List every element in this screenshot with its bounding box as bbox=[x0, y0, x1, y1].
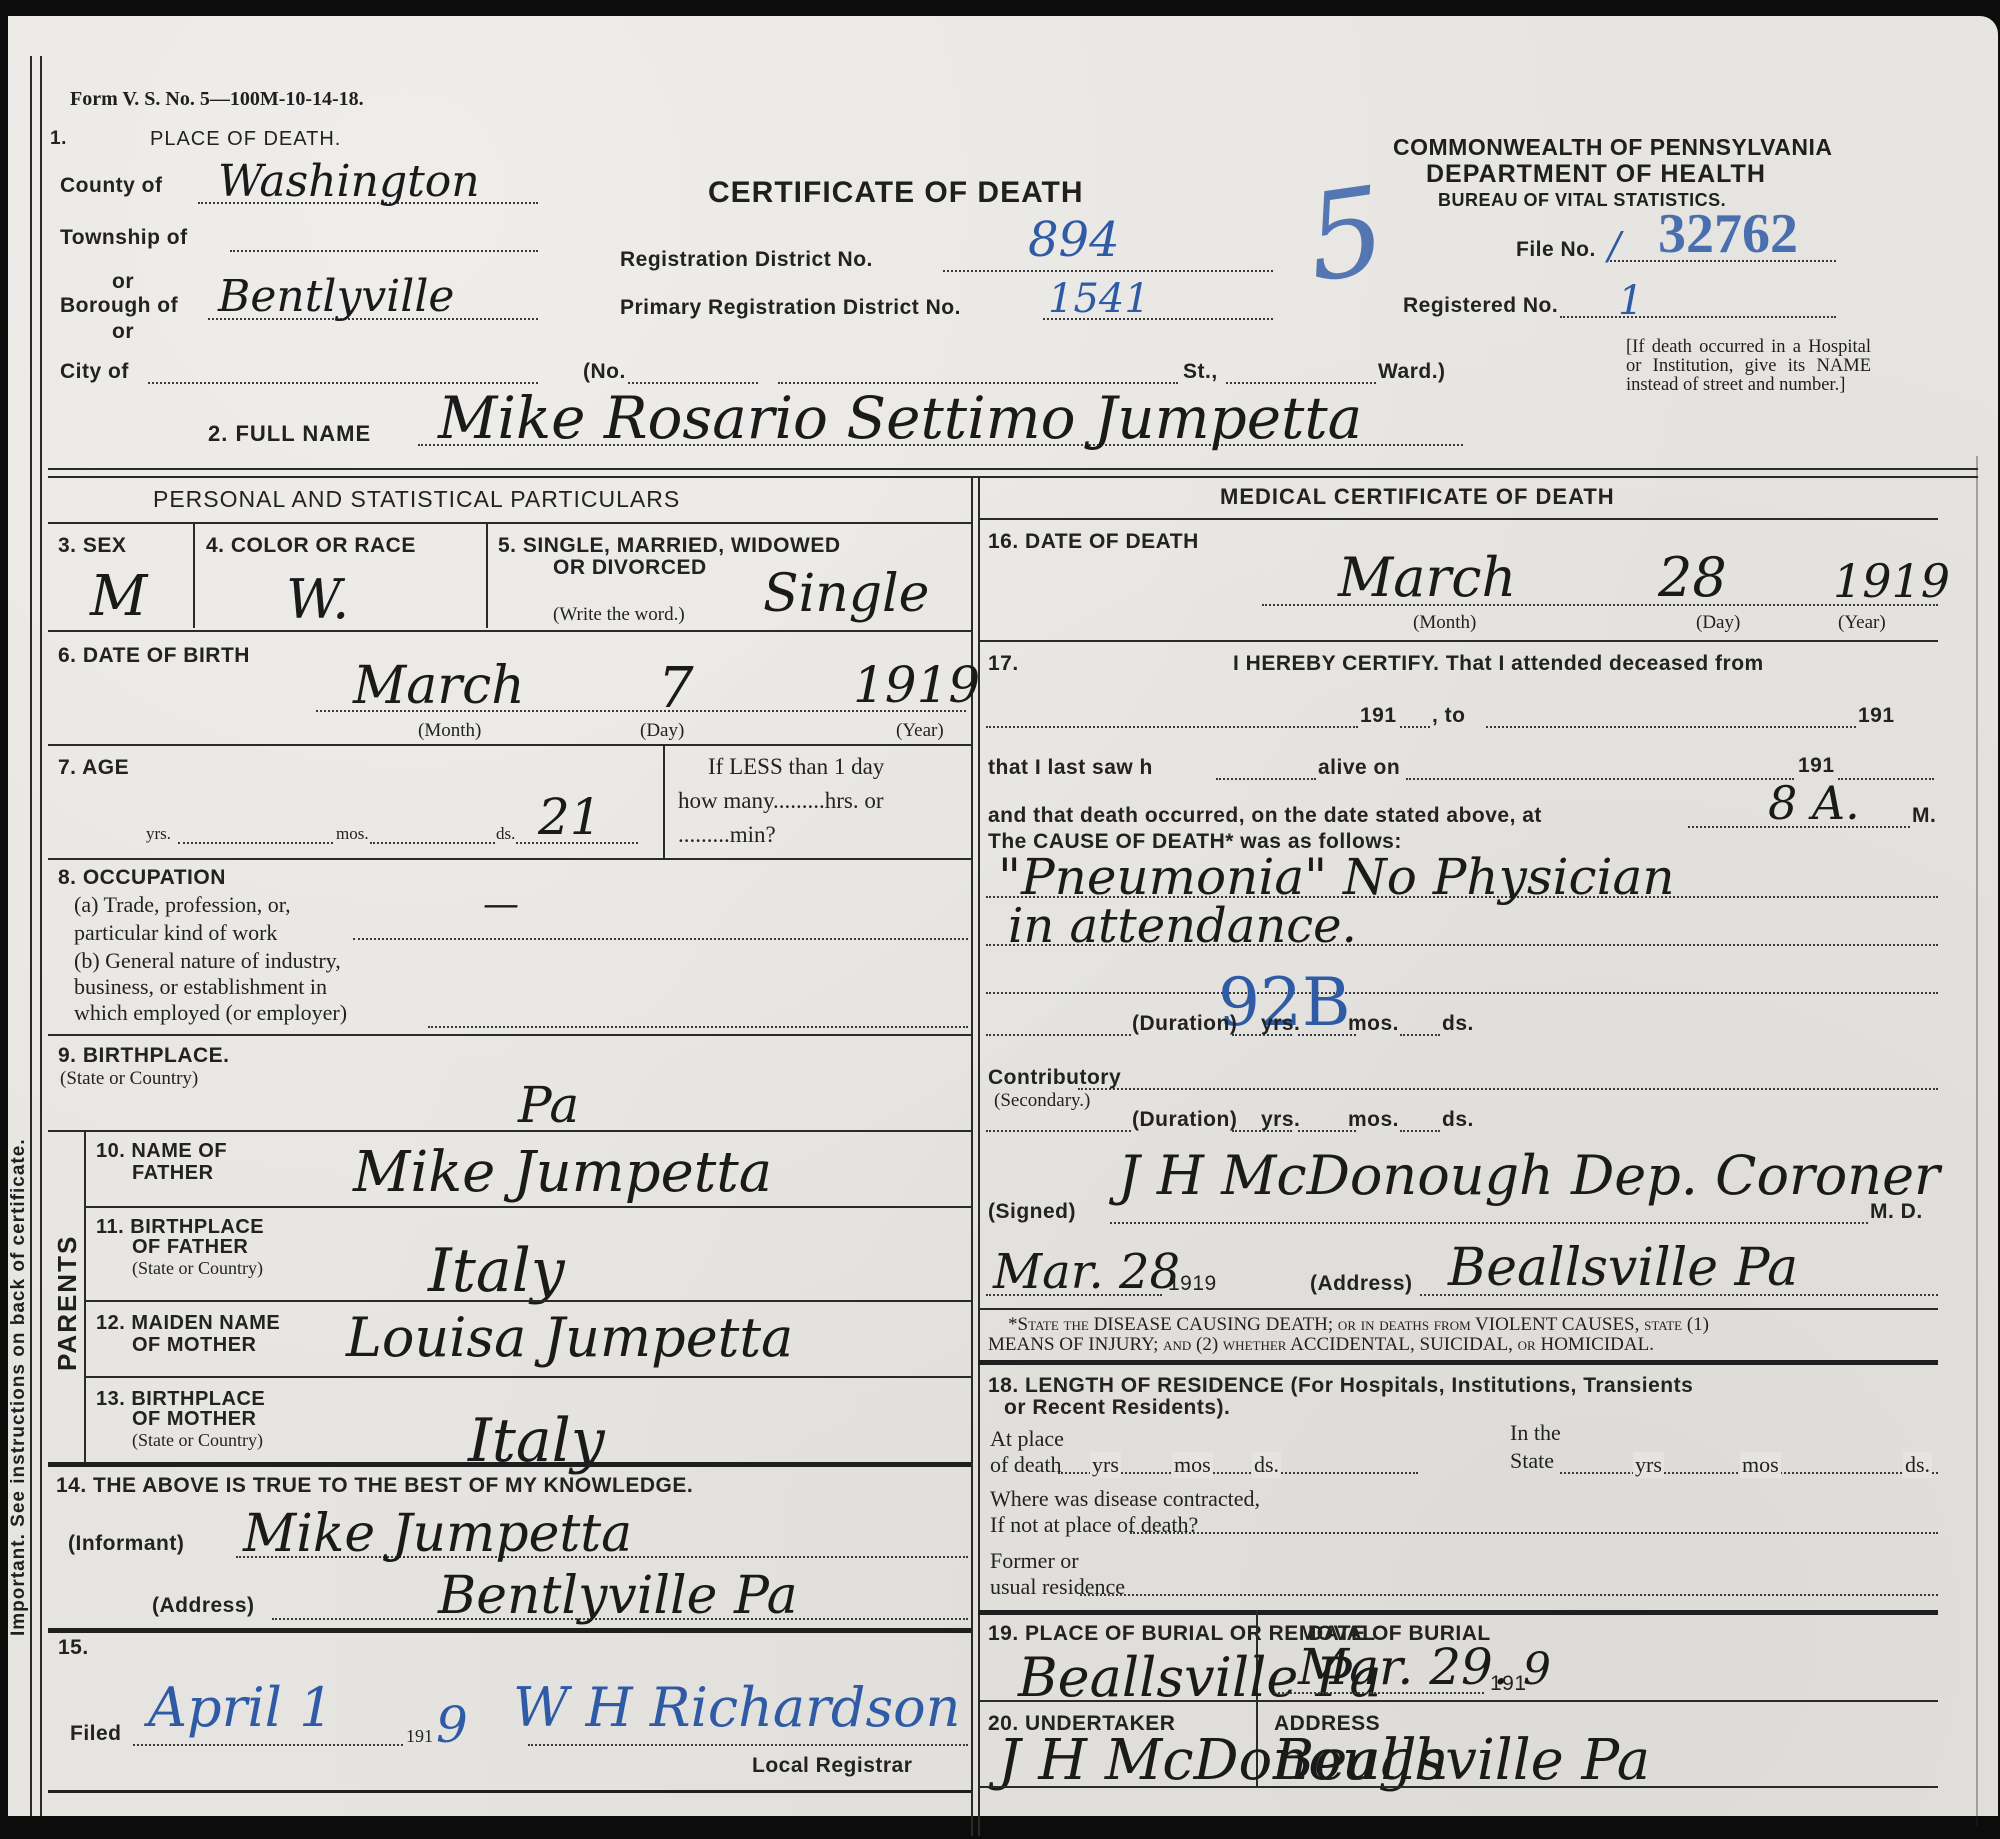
signed-address-label: (Address) bbox=[1310, 1272, 1413, 1296]
left-border-line bbox=[40, 56, 42, 1816]
attended-to-label: , to bbox=[1432, 704, 1466, 728]
dob-day: 7 bbox=[658, 656, 694, 721]
county-label: County of bbox=[60, 174, 162, 198]
file-no-slash: / bbox=[1608, 224, 1621, 268]
duration-ds-label: ds. bbox=[1442, 1012, 1474, 1036]
father-name-label-2: FATHER bbox=[132, 1162, 214, 1185]
occupation-a-line-1: (a) Trade, profession, or, bbox=[74, 892, 291, 918]
duration-yrs-label: yrs. bbox=[1261, 1012, 1300, 1036]
father-birthplace-value: Italy bbox=[428, 1236, 565, 1306]
ward-label: Ward.) bbox=[1378, 360, 1446, 384]
burial-year-prefix: 191 bbox=[1490, 1672, 1527, 1696]
parents-label: PARENTS bbox=[52, 1235, 83, 1371]
dod-year: 1919 bbox=[1833, 554, 1950, 608]
father-name-label: 10. NAME OF bbox=[96, 1140, 227, 1163]
registered-no-value: 1 bbox=[1618, 278, 1643, 324]
residence-label-2: or Recent Residents). bbox=[1004, 1396, 1230, 1420]
dob-year: 1919 bbox=[853, 656, 980, 714]
undertaker-address-value: Beallsville Pa bbox=[1273, 1728, 1650, 1793]
item-15-label: 15. bbox=[58, 1636, 89, 1660]
mother-name-value: Louisa Jumpetta bbox=[346, 1306, 793, 1369]
marital-label-2: OR DIVORCED bbox=[553, 556, 707, 580]
dob-label: 6. DATE OF BIRTH bbox=[58, 644, 250, 668]
dod-month: March bbox=[1338, 546, 1516, 609]
blue-pencil-mark: 5 bbox=[1299, 161, 1394, 309]
contributory-ds-label: ds. bbox=[1442, 1108, 1474, 1132]
age-yrs-label: yrs. bbox=[146, 824, 171, 844]
filed-year-prefix: 191 bbox=[406, 1726, 433, 1747]
age-days-value: 21 bbox=[538, 788, 602, 846]
margin-note: Important. See instructions on back of c… bbox=[8, 996, 30, 1636]
alive-on-year: 191 bbox=[1798, 754, 1835, 778]
filed-year-suffix: 9 bbox=[436, 1696, 468, 1754]
occupation-b-line-3: which employed (or employer) bbox=[74, 1000, 347, 1026]
item-17-label: 17. bbox=[988, 652, 1019, 676]
sex-label: 3. SEX bbox=[58, 534, 126, 558]
dod-label: 16. DATE OF DEATH bbox=[988, 530, 1199, 554]
dod-day-caption: (Day) bbox=[1696, 612, 1740, 634]
occupation-b-line-1: (b) General nature of industry, bbox=[74, 948, 341, 974]
street-number-label: (No. bbox=[583, 360, 626, 384]
dod-year-caption: (Year) bbox=[1838, 612, 1886, 634]
signed-label: (Signed) bbox=[988, 1200, 1076, 1224]
signed-year: 1919 bbox=[1168, 1272, 1217, 1296]
true-statement: 14. THE ABOVE IS TRUE TO THE BEST OF MY … bbox=[56, 1474, 693, 1498]
personal-section-title: PERSONAL AND STATISTICAL PARTICULARS bbox=[153, 486, 680, 513]
duration-label: (Duration) bbox=[1132, 1012, 1237, 1036]
father-name-value: Mike Jumpetta bbox=[353, 1140, 772, 1205]
footnote-line-2: MEANS OF INJURY; and (2) whether ACCIDEN… bbox=[988, 1334, 1654, 1356]
cause-line-2: in attendance. bbox=[1008, 898, 1357, 954]
file-no-value: 32762 bbox=[1658, 202, 1798, 266]
local-registrar-label: Local Registrar bbox=[752, 1754, 912, 1778]
death-time-value: 8 A. bbox=[1768, 776, 1860, 830]
mother-birthplace-label-2: OF MOTHER bbox=[132, 1408, 257, 1431]
certify-text: I HEREBY CERTIFY. That I attended deceas… bbox=[1233, 652, 1764, 676]
less-than-day-line-3: .........min? bbox=[678, 822, 776, 848]
contributory-duration-label: (Duration) bbox=[1132, 1108, 1237, 1132]
mother-name-label-2: OF MOTHER bbox=[132, 1334, 257, 1357]
dob-year-caption: (Year) bbox=[896, 720, 944, 742]
or-label: or bbox=[112, 270, 134, 294]
occupation-a-line-2: particular kind of work bbox=[74, 920, 277, 946]
city-label: City of bbox=[60, 360, 129, 384]
attended-from-year: 191 bbox=[1360, 704, 1397, 728]
contracted-label: Where was disease contracted, bbox=[990, 1486, 1260, 1512]
at-place-mos-label: mos bbox=[1172, 1452, 1213, 1478]
race-label: 4. COLOR OR RACE bbox=[206, 534, 416, 558]
dod-month-caption: (Month) bbox=[1413, 612, 1476, 634]
signed-date: Mar. 28 bbox=[993, 1244, 1180, 1300]
medical-section-title: MEDICAL CERTIFICATE OF DEATH bbox=[1220, 484, 1615, 510]
burial-year-suffix: 9 bbox=[1523, 1644, 1551, 1695]
contributory-hint: (Secondary.) bbox=[994, 1090, 1090, 1112]
agency-line-1: COMMONWEALTH OF PENNSYLVANIA bbox=[1393, 134, 1832, 161]
race-value: W. bbox=[286, 568, 349, 631]
md-label: M. D. bbox=[1870, 1200, 1923, 1224]
alive-on-label: alive on bbox=[1318, 756, 1400, 780]
dob-month: March bbox=[353, 656, 525, 716]
age-label: 7. AGE bbox=[58, 756, 129, 780]
contracted-label-2: If not at place of death? bbox=[990, 1512, 1198, 1538]
father-birthplace-label-2: OF FATHER bbox=[132, 1236, 248, 1259]
street-label: St., bbox=[1183, 360, 1218, 384]
signed-value: J H McDonough Dep. Coroner bbox=[1118, 1144, 1940, 1207]
attended-to-year: 191 bbox=[1858, 704, 1895, 728]
less-than-day-line-1: If LESS than 1 day bbox=[708, 754, 884, 780]
occupation-label: 8. OCCUPATION bbox=[58, 866, 226, 890]
occupation-a-value: — bbox=[483, 884, 519, 925]
reg-district-label: Registration District No. bbox=[620, 248, 873, 272]
right-border-line bbox=[1976, 456, 1978, 1826]
less-than-day-line-2: how many.........hrs. or bbox=[678, 788, 883, 814]
informant-label: (Informant) bbox=[68, 1532, 184, 1556]
full-name-value: Mike Rosario Settimo Jumpetta bbox=[438, 384, 1362, 452]
duration-mos-label: mos. bbox=[1348, 1012, 1399, 1036]
left-border-line bbox=[30, 56, 32, 1816]
borough-label: Borough of bbox=[60, 294, 178, 318]
primary-district-label: Primary Registration District No. bbox=[620, 296, 961, 320]
certificate-title: CERTIFICATE OF DEATH bbox=[708, 176, 1084, 210]
borough-value: Bentlyville bbox=[218, 271, 454, 322]
primary-district-value: 1541 bbox=[1048, 276, 1150, 322]
filed-label: Filed bbox=[70, 1722, 122, 1746]
reg-district-value: 894 bbox=[1028, 212, 1120, 268]
informant-value: Mike Jumpetta bbox=[243, 1504, 632, 1564]
death-time-m: M. bbox=[1912, 804, 1936, 828]
father-birthplace-hint: (State or Country) bbox=[132, 1258, 263, 1279]
in-state-ds-label: ds. bbox=[1903, 1452, 1932, 1478]
at-place-label-2: of death bbox=[990, 1452, 1061, 1478]
marital-label: 5. SINGLE, MARRIED, WIDOWED bbox=[498, 534, 841, 558]
hospital-note: [If death occurred in a Hospital or Inst… bbox=[1626, 338, 1871, 395]
in-state-label: In the bbox=[1510, 1420, 1561, 1446]
contributory-label: Contributory bbox=[988, 1066, 1121, 1090]
county-value: Washington bbox=[218, 156, 480, 207]
township-label: Township of bbox=[60, 226, 188, 250]
contributory-mos-label: mos. bbox=[1348, 1108, 1399, 1132]
burial-date-value: Mar. 29. bbox=[1298, 1638, 1509, 1696]
birthplace-label: 9. BIRTHPLACE. bbox=[58, 1044, 230, 1068]
birthplace-value: Pa bbox=[518, 1076, 579, 1134]
at-place-ds-label: ds. bbox=[1252, 1452, 1281, 1478]
sex-value: M bbox=[90, 564, 147, 629]
occupation-b-line-2: business, or establishment in bbox=[74, 974, 327, 1000]
form-number: Form V. S. No. 5—100M-10-14-18. bbox=[70, 88, 364, 111]
filed-date-value: April 1 bbox=[148, 1676, 333, 1739]
contributory-yrs-label: yrs. bbox=[1261, 1108, 1300, 1132]
registrar-signature: W H Richardson bbox=[513, 1676, 960, 1739]
marital-hint: (Write the word.) bbox=[553, 604, 685, 626]
file-no-label: File No. bbox=[1516, 238, 1596, 262]
last-saw-label: that I last saw h bbox=[988, 756, 1153, 780]
footnote-line-1: *State the DISEASE CAUSING DEATH; or in … bbox=[1008, 1314, 1709, 1336]
age-mos-label: mos. bbox=[336, 824, 369, 844]
mother-birthplace-hint: (State or Country) bbox=[132, 1430, 263, 1451]
at-place-yrs-label: yrs bbox=[1090, 1452, 1121, 1478]
informant-address-label: (Address) bbox=[152, 1594, 255, 1618]
certificate-paper: Important. See instructions on back of c… bbox=[8, 16, 1998, 1816]
or-label: or bbox=[112, 320, 134, 344]
in-state-yrs-label: yrs bbox=[1633, 1452, 1664, 1478]
dod-day: 28 bbox=[1658, 546, 1727, 609]
signed-address-value: Beallsville Pa bbox=[1448, 1238, 1798, 1298]
in-state-mos-label: mos bbox=[1740, 1452, 1781, 1478]
agency-line-2: DEPARTMENT OF HEALTH bbox=[1426, 160, 1766, 189]
age-ds-label: ds. bbox=[496, 824, 515, 844]
death-time-label: and that death occurred, on the date sta… bbox=[988, 804, 1542, 828]
birthplace-hint: (State or Country) bbox=[60, 1068, 198, 1090]
registered-no-label: Registered No. bbox=[1403, 294, 1558, 318]
former-residence-label: Former or bbox=[990, 1548, 1079, 1574]
in-state-label-2: State bbox=[1510, 1448, 1554, 1474]
item-1-label: 1. bbox=[50, 128, 67, 150]
former-residence-label-2: usual residence bbox=[990, 1574, 1125, 1600]
place-of-death-label: PLACE OF DEATH. bbox=[150, 128, 341, 151]
informant-address-value: Bentlyville Pa bbox=[438, 1566, 798, 1626]
dob-month-caption: (Month) bbox=[418, 720, 481, 742]
mother-name-label: 12. MAIDEN NAME bbox=[96, 1312, 280, 1335]
marital-value: Single bbox=[763, 564, 929, 624]
full-name-label: 2. FULL NAME bbox=[208, 421, 371, 447]
at-place-label: At place bbox=[990, 1426, 1064, 1452]
residence-label: 18. LENGTH OF RESIDENCE (For Hospitals, … bbox=[988, 1374, 1693, 1398]
dob-day-caption: (Day) bbox=[640, 720, 684, 742]
